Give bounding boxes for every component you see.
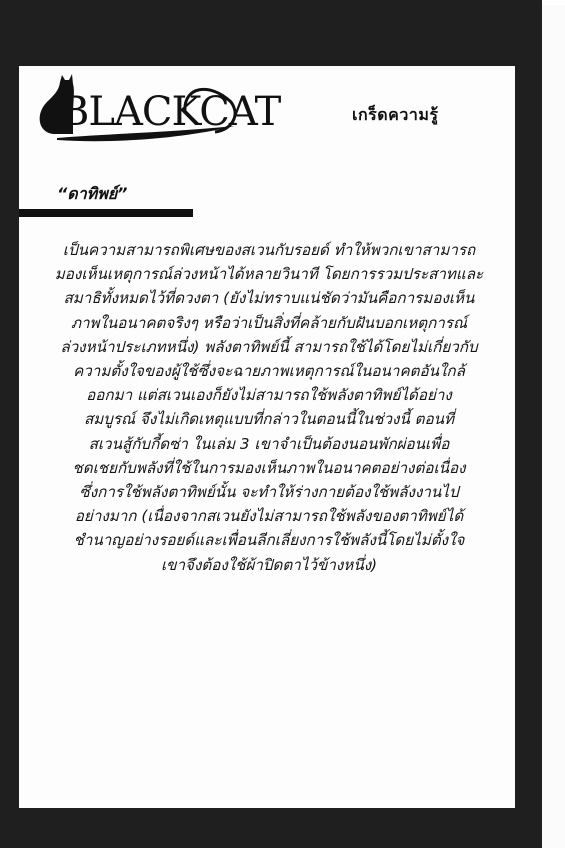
article-paragraph: เป็นความสามารถพิเศษของสเวนกับรอยด์ ทำให้… <box>41 238 497 577</box>
section-label: เกร็ดความรู้ <box>352 103 438 128</box>
heading-underline-rule <box>19 209 193 217</box>
blackcat-logo: BLACKCAT <box>35 72 240 150</box>
paragraph-line: สเวนสู้กับกี้ดซ่า ในเล่ม 3 เขาจำเป็นต้อง… <box>41 432 497 456</box>
paragraph-line: ความตั้งใจของผู้ใช้ซึ่งจะฉายภาพเหตุการณ์… <box>41 359 497 383</box>
paragraph-line: ชำนาญอย่างรอยด์และเพื่อนลีกเลี่ยงการใช้พ… <box>41 528 497 552</box>
article-heading: “ดาทิพย์” <box>57 182 127 207</box>
paragraph-line: ซึ่งการใช้พลังตาทิพย์นั้น จะทำให้ร่างกาย… <box>41 480 497 504</box>
paragraph-line: อย่างมาก (เนื่องจากสเวนยังไม่สามารถใช้พล… <box>41 504 497 528</box>
paragraph-line: เขาจึงต้องใช้ผ้าปิดตาไว้ข้างหนึ่ง) <box>41 553 497 577</box>
paragraph-line: ล่วงหน้าประเภทหนึ่ง) พลังตาทิพย์นี้ สามา… <box>41 335 497 359</box>
paragraph-line: มองเห็นเหตุการณ์ล่วงหน้าได้หลายวินาที โด… <box>41 262 497 286</box>
logo-text: BLACKCAT <box>60 92 280 132</box>
content-panel: BLACKCAT เกร็ดความรู้ “ดาทิพย์” เป็นความ… <box>19 66 515 808</box>
paragraph-line: ชดเชยกับพลังที่ใช้ในการมองเห็นภาพในอนาคต… <box>41 456 497 480</box>
paragraph-line: สมาธิทั้งหมดไว้ที่ดวงตา (ยังไม่ทราบแน่ชั… <box>41 286 497 310</box>
paragraph-line: ออกมา แต่สเวนเองก็ยังไม่สามารถใช้พลังตาท… <box>41 383 497 407</box>
paragraph-line: ภาพในอนาคตจริงๆ หรือว่าเป็นสิ่งที่คล้ายก… <box>41 311 497 335</box>
paragraph-line: สมบูรณ์ จึงไม่เกิดเหตุแบบที่กล่าวในตอนนี… <box>41 407 497 431</box>
paragraph-line: เป็นความสามารถพิเศษของสเวนกับรอยด์ ทำให้… <box>41 238 497 262</box>
adjacent-page-edge <box>542 5 565 848</box>
